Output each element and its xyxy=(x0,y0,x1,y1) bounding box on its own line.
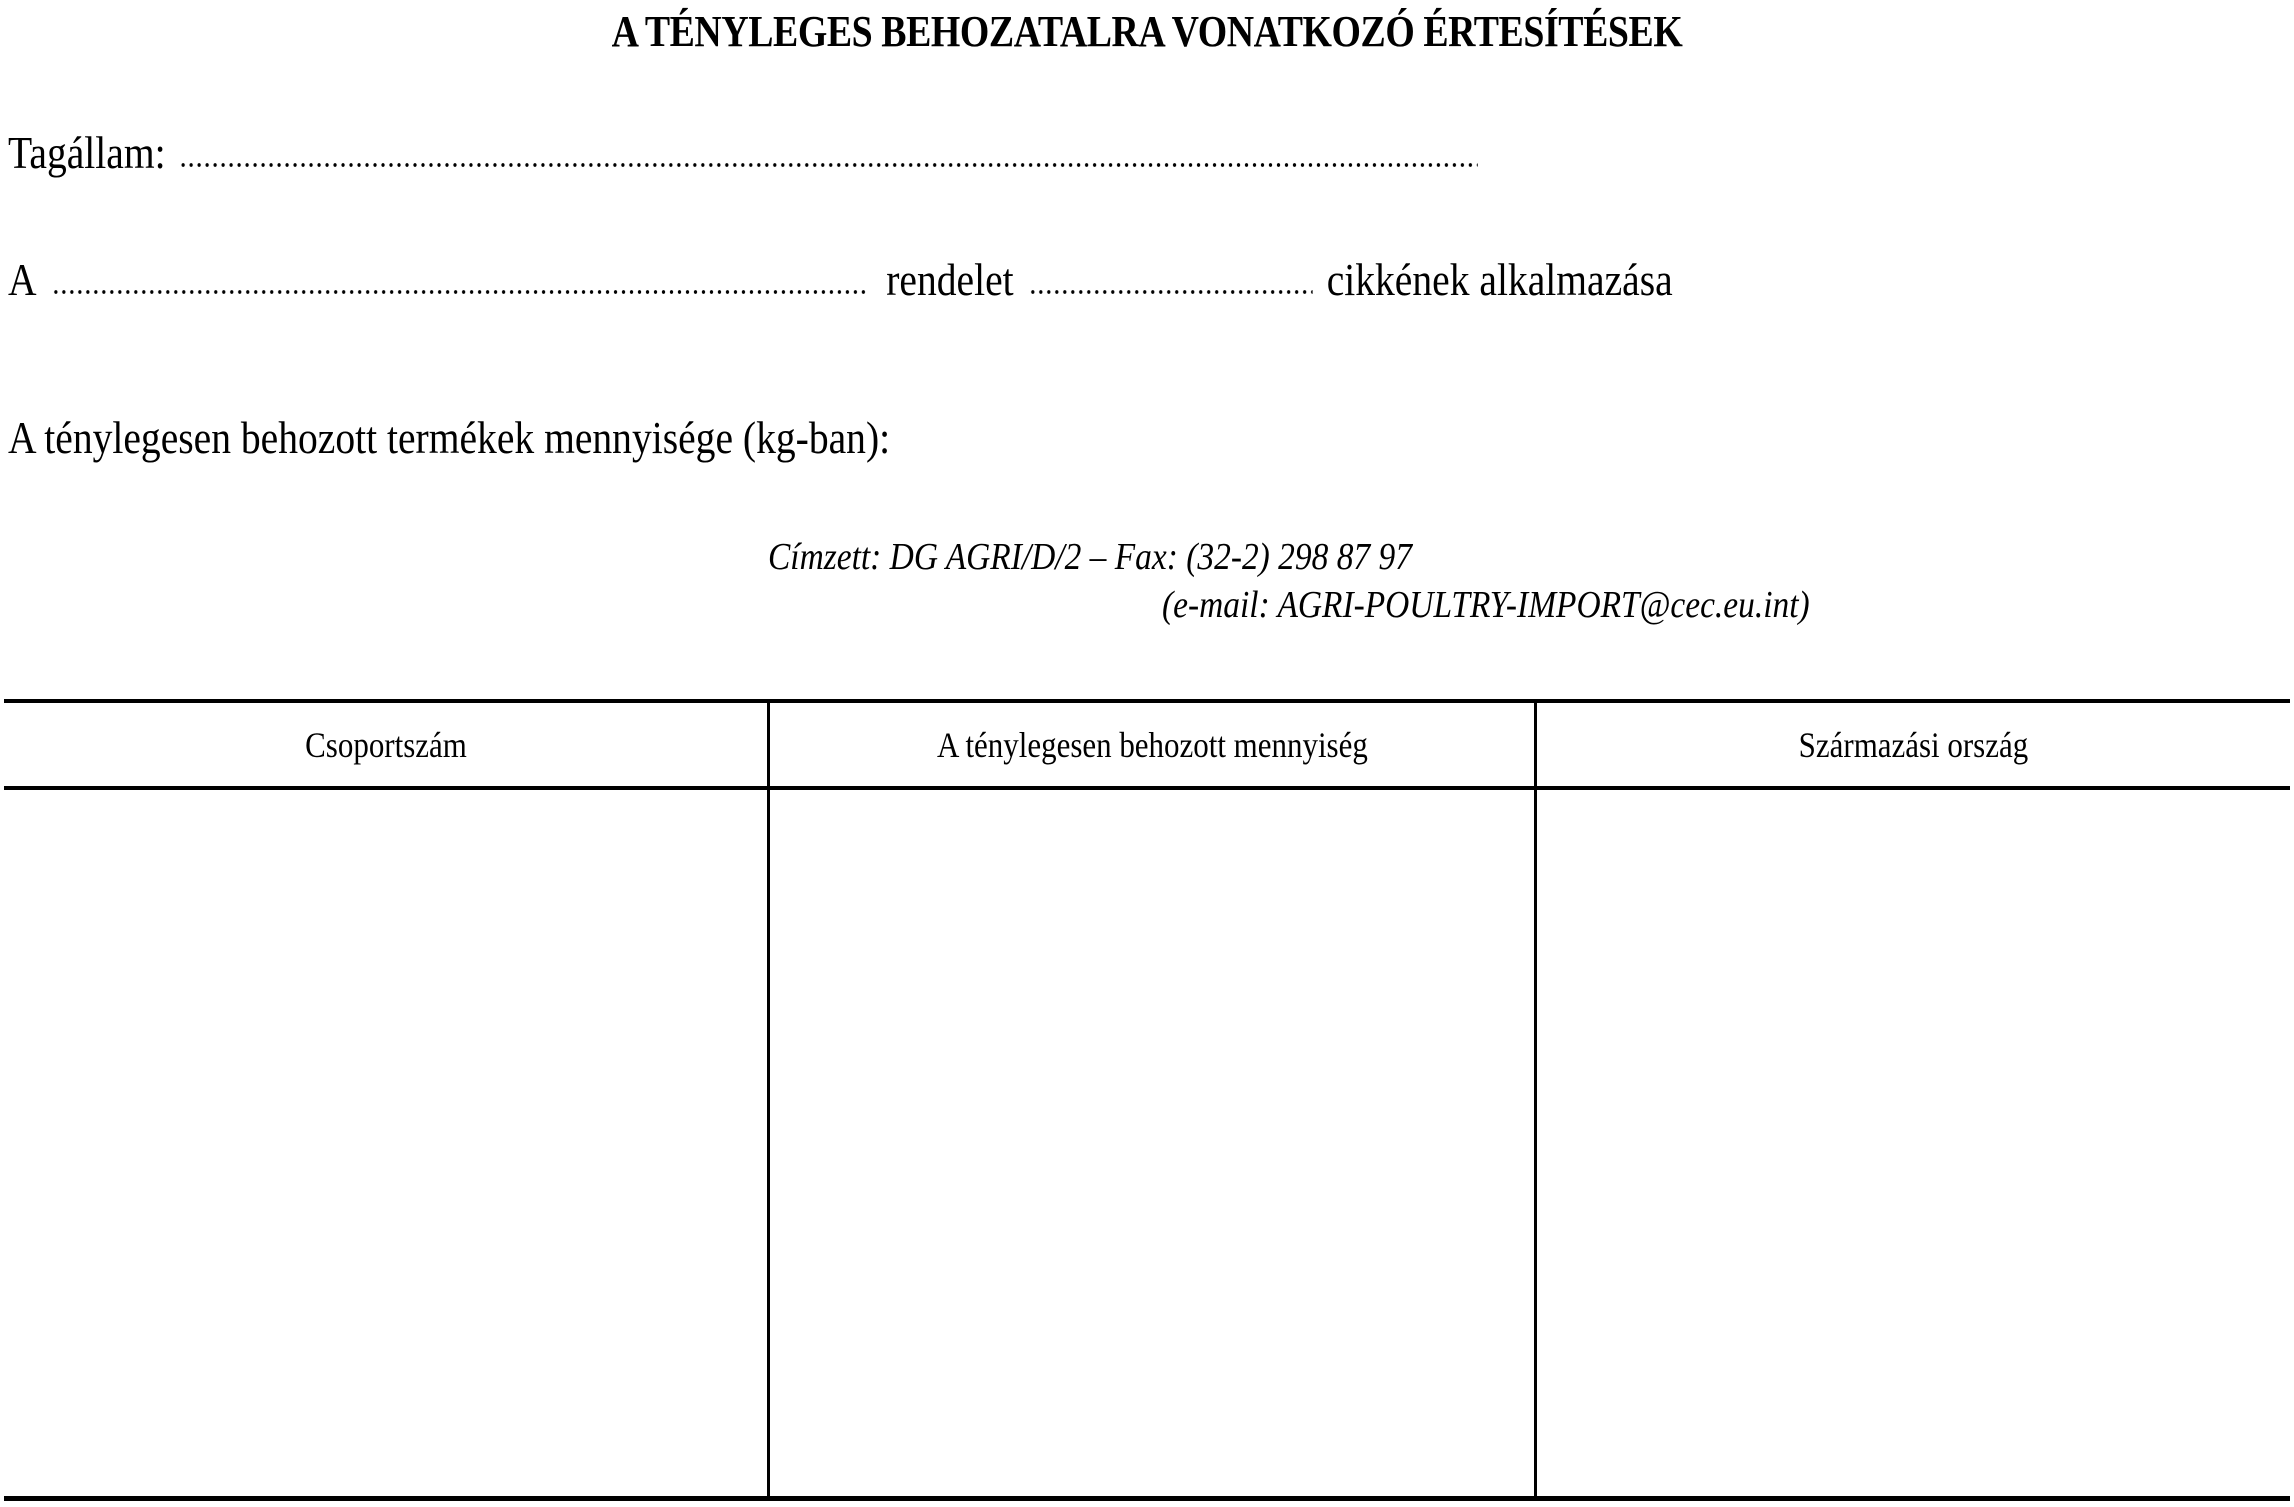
group-number-cell[interactable] xyxy=(4,790,767,1496)
column-header-imported-quantity: A ténylegesen behozott mennyiség xyxy=(770,703,1534,786)
regulation-middle-label: rendelet xyxy=(886,254,1013,305)
imported-quantity-cell[interactable] xyxy=(770,790,1534,1496)
addressee-email-line: (e-mail: AGRI-POULTRY-IMPORT@cec.eu.int) xyxy=(1162,582,1810,628)
member-state-label: Tagállam: xyxy=(8,127,166,178)
column-header-label: A ténylegesen behozott mennyiség xyxy=(937,725,1368,765)
regulation-field[interactable] xyxy=(52,289,869,295)
column-header-country-of-origin: Származási ország xyxy=(1537,703,2290,786)
member-state-row: Tagállam: xyxy=(8,125,1478,181)
country-of-origin-cell[interactable] xyxy=(1537,790,2290,1496)
notification-table: Csoportszám A ténylegesen behozott menny… xyxy=(4,699,2290,1504)
document-title: A TÉNYLEGES BEHOZATALRA VONATKOZÓ ÉRTESÍ… xyxy=(161,6,2134,58)
column-header-label: Csoportszám xyxy=(305,725,467,765)
regulation-row: Arendeletcikkének alkalmazása xyxy=(8,252,1673,308)
article-field[interactable] xyxy=(1029,289,1313,295)
column-header-label: Származási ország xyxy=(1799,725,2029,765)
regulation-prefix: A xyxy=(8,254,37,305)
quantity-heading: A ténylegesen behozott termékek mennyisé… xyxy=(8,410,890,466)
regulation-suffix: cikkének alkalmazása xyxy=(1327,254,1673,305)
table-bottom-border xyxy=(4,1496,2290,1501)
addressee-fax-line: Címzett: DG AGRI/D/2 – Fax: (32-2) 298 8… xyxy=(768,534,1412,580)
member-state-field[interactable] xyxy=(179,162,1478,168)
column-header-group-number: Csoportszám xyxy=(4,703,767,786)
